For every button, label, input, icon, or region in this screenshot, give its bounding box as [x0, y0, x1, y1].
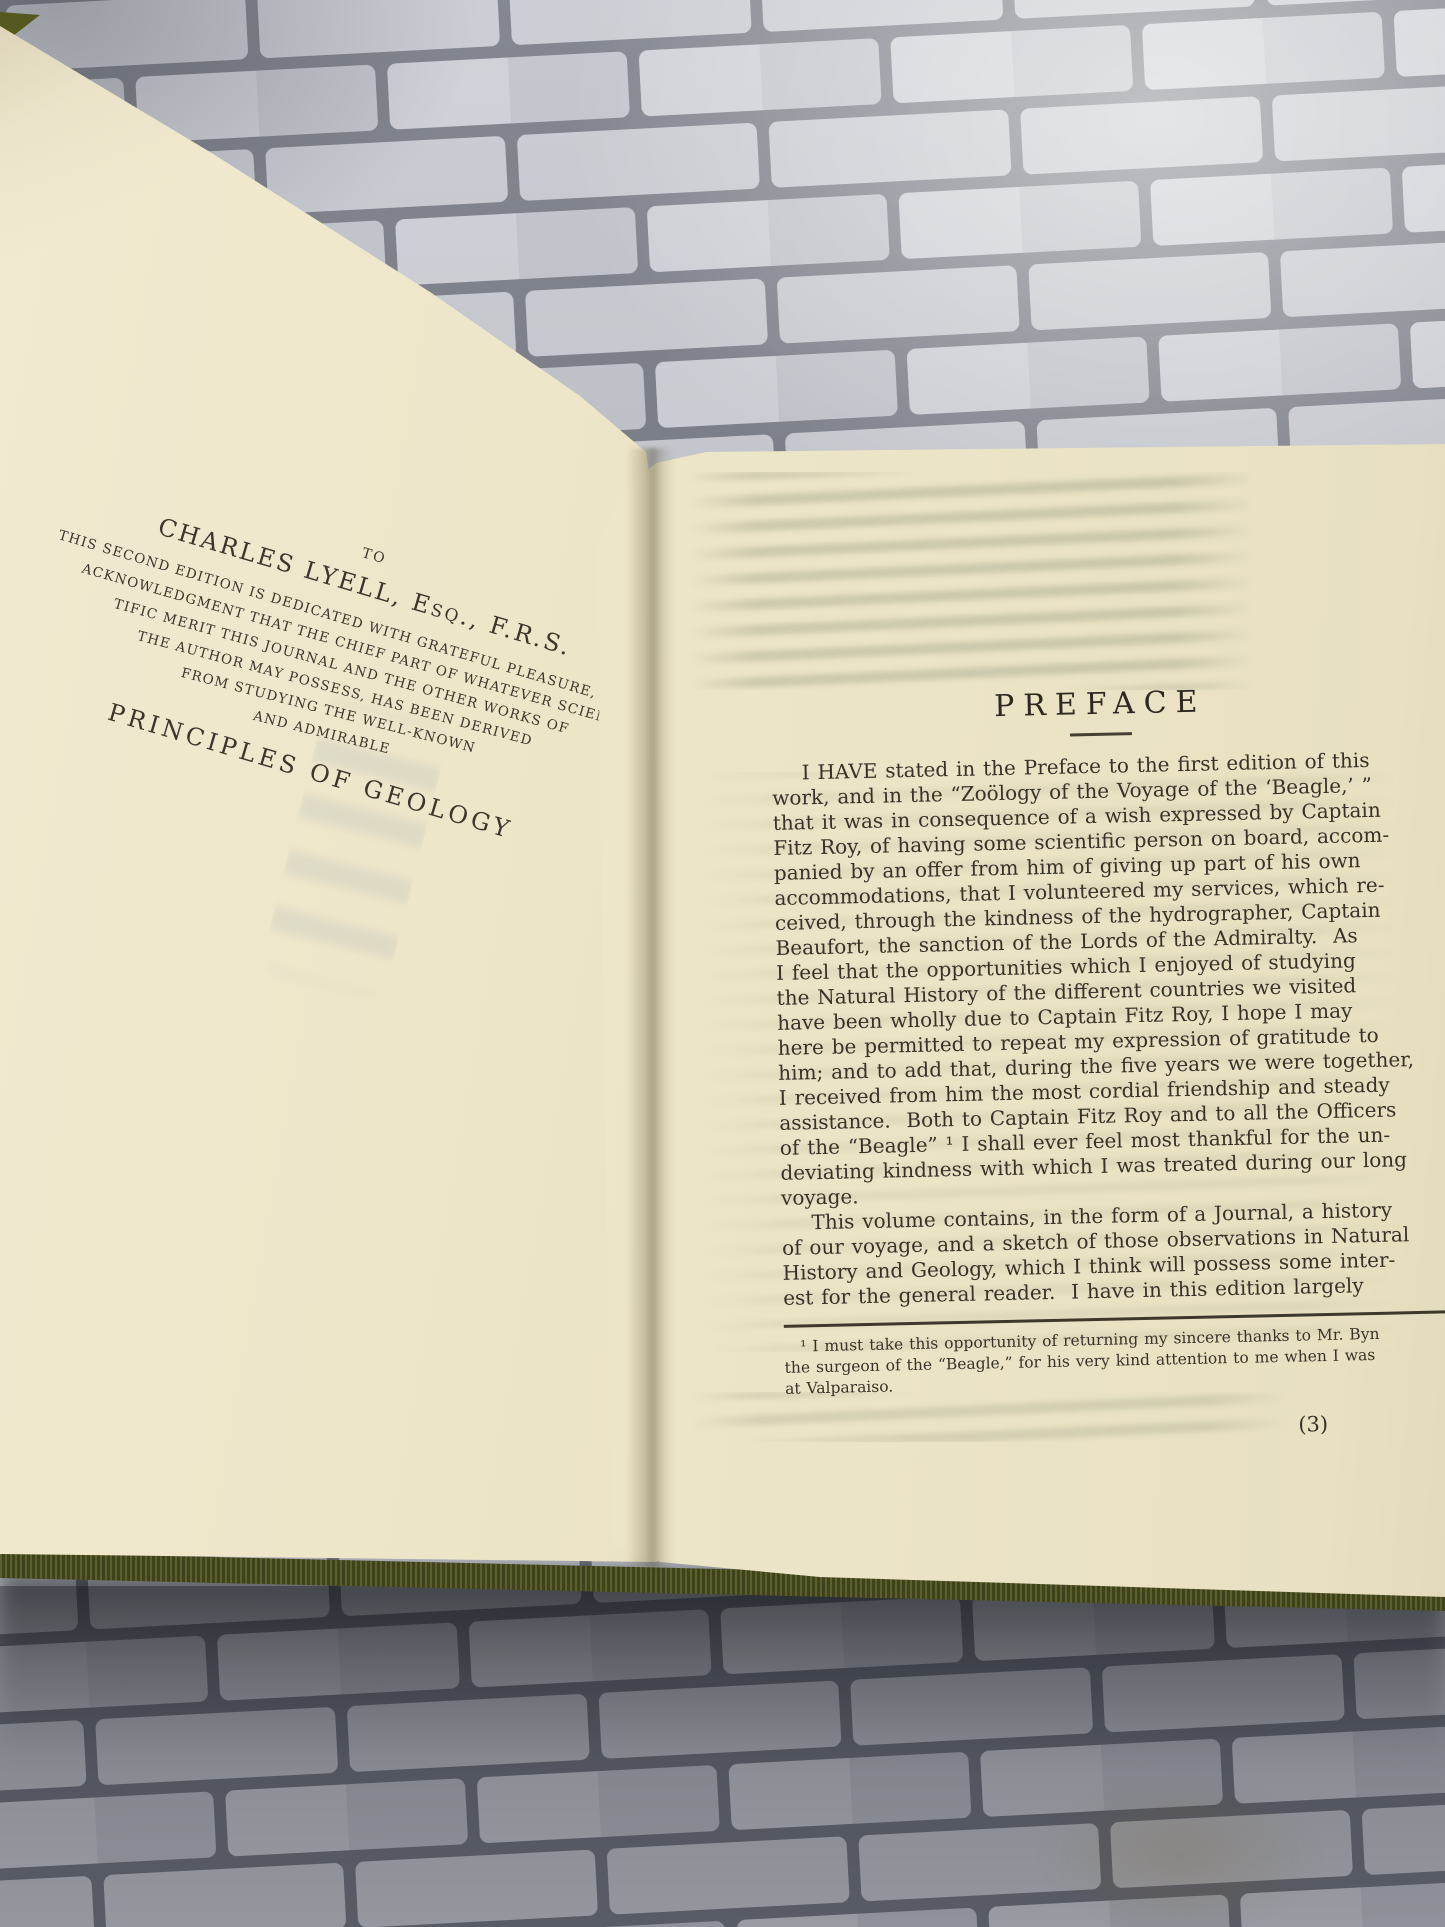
preface-paragraph-1: I HAVE stated in the Preface to the firs…	[771, 747, 1441, 1211]
photo-open-book-scene: TO CHARLES LYELL, Esq., F.R.S. THIS SECO…	[0, 0, 1445, 1927]
preface-page-text: PREFACE I HAVE stated in the Preface to …	[770, 680, 1445, 1448]
preface-paragraph-2: This volume contains, in the form of a J…	[781, 1196, 1443, 1310]
bleed-through-text-upper	[688, 472, 1254, 690]
wall-stain	[1040, 1780, 1320, 1927]
preface-heading: PREFACE	[770, 680, 1431, 729]
gutter-crease-shadow	[626, 448, 674, 1568]
heading-rule	[1070, 732, 1132, 736]
footnote: ¹ I must take this opportunity of return…	[784, 1322, 1445, 1399]
page-number: (3)	[786, 1409, 1445, 1447]
